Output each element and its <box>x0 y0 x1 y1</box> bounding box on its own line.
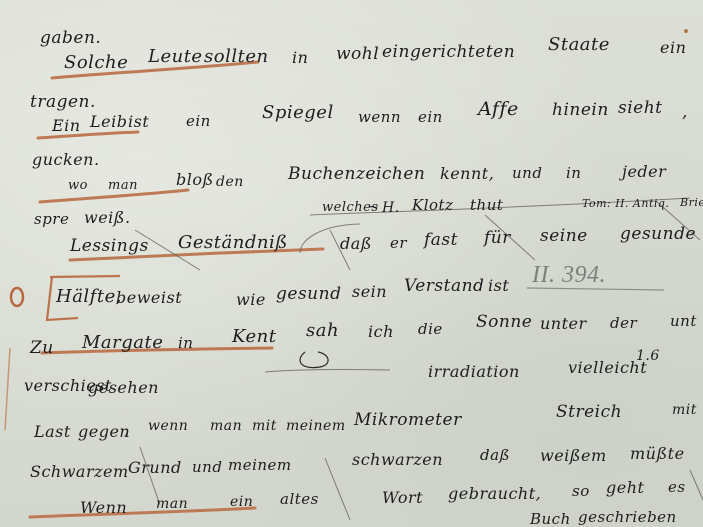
word: geschrieben <box>578 508 677 526</box>
word: Buch <box>530 510 571 527</box>
manuscript-line-12: Buch geschrieben <box>0 0 703 527</box>
manuscript-page: gaben. Solche Leute sollten in wohl eing… <box>0 0 703 527</box>
